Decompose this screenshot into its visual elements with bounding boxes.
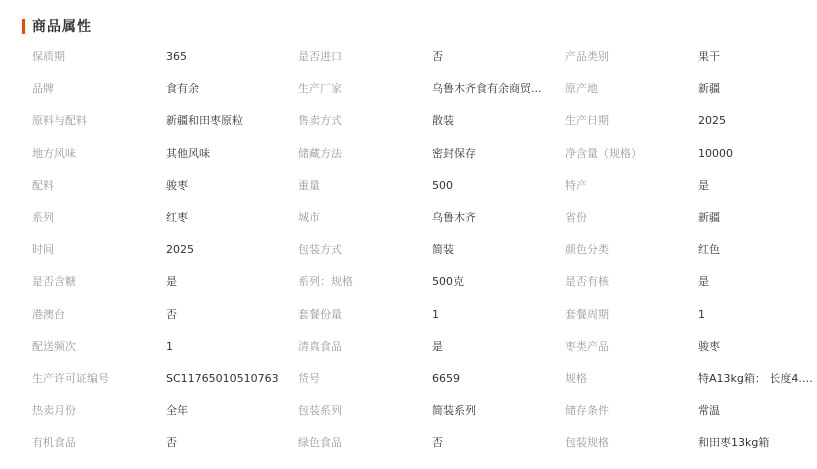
section-title: 商品属性 bbox=[32, 16, 92, 36]
attribute-label: 产品类别 bbox=[565, 41, 685, 73]
attribute-label: 套餐周期 bbox=[565, 299, 685, 331]
attribute-value: 是 bbox=[698, 170, 813, 202]
attribute-label: 颜色分类 bbox=[565, 234, 685, 266]
attribute-row: 是否含糖 是 系列：规格 500克 是否有核 是 bbox=[0, 266, 817, 298]
attribute-value: 否 bbox=[432, 427, 552, 459]
attribute-row: 港澳台 否 套餐份量 1 套餐周期 1 bbox=[0, 299, 817, 331]
attribute-value: SC11765010510763 bbox=[166, 363, 286, 395]
section-header: 商品属性 bbox=[22, 16, 92, 36]
attribute-value: 特A13kg箱： 长度4.5... bbox=[698, 363, 813, 395]
attribute-value: 新疆 bbox=[698, 202, 813, 234]
attribute-label: 港澳台 bbox=[32, 299, 152, 331]
attribute-row: 时间 2025 包装方式 简装 颜色分类 红色 bbox=[0, 234, 817, 266]
attribute-label: 品牌 bbox=[32, 73, 152, 105]
attribute-value: 骏枣 bbox=[698, 331, 813, 363]
attribute-label: 重量 bbox=[298, 170, 418, 202]
attribute-label: 储藏方法 bbox=[298, 138, 418, 170]
attribute-label: 生产厂家 bbox=[298, 73, 418, 105]
product-attributes-section: 商品属性 保质期 365 是否进口 否 产品类别 果干 品牌 食有余 生产厂家 … bbox=[0, 0, 817, 469]
attribute-value: 红色 bbox=[698, 234, 813, 266]
attribute-grid: 保质期 365 是否进口 否 产品类别 果干 品牌 食有余 生产厂家 乌鲁木齐食… bbox=[0, 41, 817, 459]
attribute-value: 食有余 bbox=[166, 73, 286, 105]
attribute-label: 绿色食品 bbox=[298, 427, 418, 459]
attribute-value: 密封保存 bbox=[432, 138, 552, 170]
attribute-label: 原产地 bbox=[565, 73, 685, 105]
attribute-label: 货号 bbox=[298, 363, 418, 395]
attribute-value: 常温 bbox=[698, 395, 813, 427]
attribute-row: 生产许可证编号 SC11765010510763 货号 6659 规格 特A13… bbox=[0, 363, 817, 395]
attribute-row: 有机食品 否 绿色食品 否 包装规格 和田枣13kg箱 bbox=[0, 427, 817, 459]
attribute-label: 生产日期 bbox=[565, 105, 685, 137]
attribute-value: 否 bbox=[166, 427, 286, 459]
attribute-row: 保质期 365 是否进口 否 产品类别 果干 bbox=[0, 41, 817, 73]
attribute-value: 红枣 bbox=[166, 202, 286, 234]
attribute-value: 乌鲁木齐食有余商贸... bbox=[432, 73, 552, 105]
attribute-value: 简装系列 bbox=[432, 395, 552, 427]
attribute-label: 是否进口 bbox=[298, 41, 418, 73]
attribute-label: 时间 bbox=[32, 234, 152, 266]
attribute-row: 地方风味 其他风味 储藏方法 密封保存 净含量（规格） 10000 bbox=[0, 138, 817, 170]
attribute-label: 售卖方式 bbox=[298, 105, 418, 137]
attribute-value: 2025 bbox=[698, 105, 813, 137]
attribute-value: 散装 bbox=[432, 105, 552, 137]
attribute-label: 系列 bbox=[32, 202, 152, 234]
attribute-label: 有机食品 bbox=[32, 427, 152, 459]
attribute-label: 是否有核 bbox=[565, 266, 685, 298]
attribute-value: 骏枣 bbox=[166, 170, 286, 202]
attribute-value: 其他风味 bbox=[166, 138, 286, 170]
attribute-label: 原料与配料 bbox=[32, 105, 152, 137]
attribute-label: 热卖月份 bbox=[32, 395, 152, 427]
attribute-label: 是否含糖 bbox=[32, 266, 152, 298]
attribute-value: 乌鲁木齐 bbox=[432, 202, 552, 234]
attribute-label: 配料 bbox=[32, 170, 152, 202]
attribute-row: 系列 红枣 城市 乌鲁木齐 省份 新疆 bbox=[0, 202, 817, 234]
accent-bar bbox=[22, 19, 25, 34]
attribute-value: 果干 bbox=[698, 41, 813, 73]
attribute-row: 热卖月份 全年 包装系列 简装系列 储存条件 常温 bbox=[0, 395, 817, 427]
attribute-value: 1 bbox=[166, 331, 286, 363]
attribute-value: 500 bbox=[432, 170, 552, 202]
attribute-label: 包装系列 bbox=[298, 395, 418, 427]
attribute-value: 10000 bbox=[698, 138, 813, 170]
attribute-value: 新疆和田枣原粒 bbox=[166, 105, 286, 137]
attribute-label: 地方风味 bbox=[32, 138, 152, 170]
attribute-value: 是 bbox=[698, 266, 813, 298]
attribute-label: 保质期 bbox=[32, 41, 152, 73]
attribute-row: 品牌 食有余 生产厂家 乌鲁木齐食有余商贸... 原产地 新疆 bbox=[0, 73, 817, 105]
attribute-value: 1 bbox=[698, 299, 813, 331]
attribute-value: 简装 bbox=[432, 234, 552, 266]
attribute-row: 配送频次 1 清真食品 是 枣类产品 骏枣 bbox=[0, 331, 817, 363]
attribute-label: 枣类产品 bbox=[565, 331, 685, 363]
attribute-value: 和田枣13kg箱 bbox=[698, 427, 813, 459]
attribute-value: 否 bbox=[432, 41, 552, 73]
attribute-label: 包装方式 bbox=[298, 234, 418, 266]
attribute-label: 套餐份量 bbox=[298, 299, 418, 331]
attribute-label: 规格 bbox=[565, 363, 685, 395]
attribute-row: 原料与配料 新疆和田枣原粒 售卖方式 散装 生产日期 2025 bbox=[0, 105, 817, 137]
attribute-label: 生产许可证编号 bbox=[32, 363, 152, 395]
attribute-label: 特产 bbox=[565, 170, 685, 202]
attribute-value: 全年 bbox=[166, 395, 286, 427]
attribute-label: 配送频次 bbox=[32, 331, 152, 363]
attribute-label: 城市 bbox=[298, 202, 418, 234]
attribute-value: 新疆 bbox=[698, 73, 813, 105]
attribute-value: 500克 bbox=[432, 266, 552, 298]
attribute-value: 6659 bbox=[432, 363, 552, 395]
attribute-value: 1 bbox=[432, 299, 552, 331]
attribute-value: 是 bbox=[432, 331, 552, 363]
attribute-label: 清真食品 bbox=[298, 331, 418, 363]
attribute-value: 2025 bbox=[166, 234, 286, 266]
attribute-value: 是 bbox=[166, 266, 286, 298]
attribute-label: 省份 bbox=[565, 202, 685, 234]
attribute-value: 否 bbox=[166, 299, 286, 331]
attribute-value: 365 bbox=[166, 41, 286, 73]
attribute-label: 储存条件 bbox=[565, 395, 685, 427]
attribute-label: 包装规格 bbox=[565, 427, 685, 459]
attribute-label: 净含量（规格） bbox=[565, 138, 685, 170]
attribute-row: 配料 骏枣 重量 500 特产 是 bbox=[0, 170, 817, 202]
attribute-label: 系列：规格 bbox=[298, 266, 418, 298]
